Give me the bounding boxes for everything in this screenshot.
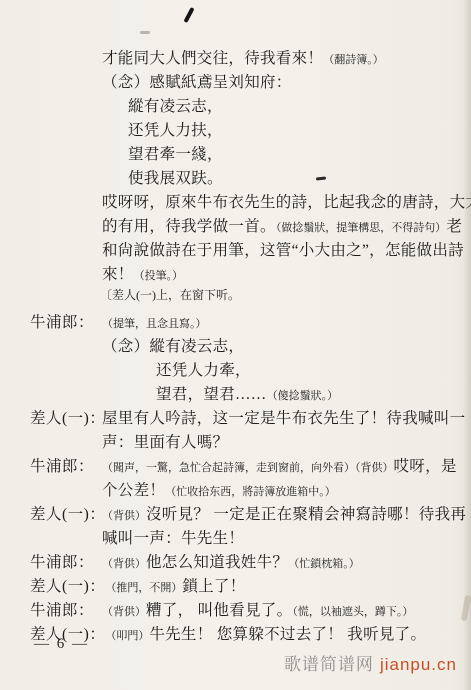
script-line: 喊叫一声：牛先生！ [30, 526, 463, 550]
stage-direction: （翻詩簿。） [323, 54, 384, 66]
speaker-name: 牛浦郎： [30, 598, 102, 620]
line-text: 縱有凌云志， [128, 94, 223, 116]
line-text: 还凭人力牽， [156, 358, 251, 380]
line-text: 还凭人力扶， [128, 118, 223, 140]
dialogue-text: 哎呀呀，原來牛布衣先生的詩，比起我念的唐詩，大大 [102, 194, 471, 211]
script-line: 个公差！（忙收拾东西，將詩簿放進箱中。） [30, 478, 463, 502]
line-text: 哎呀呀，原來牛布衣先生的詩，比起我念的唐詩，大大 [102, 190, 471, 212]
dialogue-text: 牛先生！ 您算躱不过去了！ 我听見了。 [149, 626, 426, 643]
dialogue-text: 鎖上了！ [182, 578, 245, 595]
dialogue-text: 的有用，待我学做一首。 [102, 218, 276, 235]
stage-direction: （投筆。） [134, 270, 184, 282]
script-line: 牛浦郎：（聞声，一驚，急忙合起詩簿，走到窗前，向外看）（背供）哎呀，是 [30, 454, 463, 478]
line-text: （背供）他怎么知道我姓牛？（忙鎖枕箱。） [102, 550, 360, 572]
dialogue-text: 使我展双趺。 [128, 170, 223, 187]
stage-direction: （背供） [102, 606, 146, 618]
dialogue-text: 个公差！ [102, 482, 165, 499]
dialogue-text: 屋里有人吟詩，这一定是牛布衣先生了！待我喊叫一 [102, 410, 465, 427]
script-line: 差人(一)：屋里有人吟詩，这一定是牛布衣先生了！待我喊叫一 [30, 406, 463, 430]
speaker-name: 差人(一)： [30, 406, 102, 428]
stage-direction: （聞声，一驚，急忙合起詩簿，走到窗前，向外看） [102, 462, 355, 474]
stage-direction: 〔差人(一)上，在窗下听。 [100, 288, 240, 302]
line-text: （背供）沒听見？ 一定是正在聚精会神寫詩哪！待我再 [102, 502, 466, 524]
stage-direction: （傻捻鬚狀。） [267, 390, 339, 402]
stage-direction: （背供） [102, 558, 146, 570]
watermark-site-url: jianpu.cn [380, 655, 457, 674]
script-line: 才能同大人們交往，待我看來！（翻詩簿。） [30, 46, 463, 70]
dialogue-text: 哎呀，是 [394, 458, 457, 475]
line-text: （聞声，一驚，急忙合起詩簿，走到窗前，向外看）（背供）哎呀，是 [102, 454, 457, 476]
script-line: 使我展双趺。 [30, 166, 463, 190]
line-text: （背供）糟了， 叫他看見了。（慌，以袖遮头，蹲下。） [102, 598, 413, 620]
script-line: 牛浦郎：（背供）他怎么知道我姓牛？（忙鎖枕箱。） [30, 550, 463, 574]
script-line: 和尙說做詩在于用筆，这管“小大由之”，怎能做出詩 [30, 238, 463, 262]
speaker-name: 牛浦郎： [30, 550, 102, 572]
line-text: （叩門）牛先生！ 您算躱不过去了！ 我听見了。 [105, 622, 426, 644]
line-text: 望君，望君……（傻捻鬚狀。） [156, 382, 338, 404]
speaker-name: 牛浦郎： [30, 454, 102, 476]
stage-direction: （背供） [355, 462, 394, 474]
script-line: 牛浦郎：（提筆，且念且寫。） [30, 310, 463, 334]
script-line: 牛浦郎：（背供）糟了， 叫他看見了。（慌，以袖遮头，蹲下。） [30, 598, 463, 622]
watermark: 歌谱简谱网jianpu.cn [284, 650, 457, 675]
line-text: 望君牽一綫， [128, 142, 223, 164]
dialogue-text: （念）縱有凌云志， [102, 338, 244, 355]
line-text: 〔差人(一)上，在窗下听。 [100, 286, 240, 303]
stage-direction: （慌，以袖遮头，蹲下。） [292, 606, 413, 618]
line-text: （念）感賦紙鳶呈刘知府： [102, 70, 292, 92]
script-line: 〔差人(一)上，在窗下听。 [30, 286, 463, 310]
script-line: （念）縱有凌云志， [30, 334, 463, 358]
stage-direction: （提筆，且念且寫。） [102, 318, 207, 330]
dialogue-text: 望君牽一綫， [128, 146, 223, 163]
line-text: 屋里有人吟詩，这一定是牛布衣先生了！待我喊叫一 [102, 406, 465, 428]
stage-direction: （做捻鬚狀，提筆構思，不得詩句） [276, 222, 447, 234]
line-text: 喊叫一声：牛先生！ [102, 526, 244, 548]
line-text: 个公差！（忙收拾东西，將詩簿放進箱中。） [102, 478, 336, 500]
faint-speck-mark [140, 31, 150, 34]
line-text: （念）縱有凌云志， [102, 334, 244, 356]
script-line: （念）感賦紙鳶呈刘知府： [30, 70, 463, 94]
dialogue-text: 糟了， 叫他看見了。 [146, 602, 292, 619]
watermark-site-name: 歌谱简谱网 [284, 655, 374, 674]
dialogue-text: 还凭人力扶， [128, 122, 223, 139]
stage-direction: （推門，不開） [105, 582, 182, 594]
line-text: （推門，不開）鎖上了！ [105, 574, 245, 596]
script-line: 差人(一)：（推門，不開）鎖上了！ [30, 574, 463, 598]
dialogue-text: 他怎么知道我姓牛？ [146, 554, 288, 571]
dialogue-text: 老 [446, 218, 462, 235]
dialogue-text: 沒听見？ 一定是正在聚精会神寫詩哪！待我再 [146, 506, 466, 523]
page-edge-shadow [463, 0, 471, 690]
script-line: 差人(一)：（叩門）牛先生！ 您算躱不过去了！ 我听見了。 [30, 622, 463, 646]
script-line: 望君，望君……（傻捻鬚狀。） [30, 382, 463, 406]
script-line: 还凭人力牽， [30, 358, 463, 382]
stage-direction: （背供） [102, 510, 146, 522]
dialogue-text: 望君，望君…… [156, 386, 267, 403]
line-text: 和尙說做詩在于用筆，这管“小大由之”，怎能做出詩 [102, 238, 464, 260]
line-text: 声：里面有人嗎？ [102, 430, 228, 452]
dialogue-text: （念）感賦紙鳶呈刘知府： [102, 74, 292, 91]
page-number: — 6 — [34, 636, 89, 653]
stage-direction: （忙鎖枕箱。） [288, 558, 360, 570]
speaker-name: 差人(一)： [30, 502, 102, 524]
dialogue-text: 声：里面有人嗎？ [102, 434, 228, 451]
speaker-name: 牛浦郎： [30, 310, 102, 332]
line-text: 才能同大人們交往，待我看來！（翻詩簿。） [102, 46, 384, 68]
dialogue-text: 还凭人力牽， [156, 362, 251, 379]
line-text: 的有用，待我学做一首。（做捻鬚狀，提筆構思，不得詩句）老 [102, 214, 462, 236]
script-body: 才能同大人們交往，待我看來！（翻詩簿。）（念）感賦紙鳶呈刘知府：縱有凌云志，还凭… [0, 0, 471, 646]
script-line: 的有用，待我学做一首。（做捻鬚狀，提筆構思，不得詩句）老 [30, 214, 463, 238]
dialogue-text: 和尙說做詩在于用筆，这管“小大由之”，怎能做出詩 [102, 242, 464, 259]
line-text: 使我展双趺。 [128, 166, 223, 188]
stage-direction: （忙收拾东西，將詩簿放進箱中。） [165, 486, 336, 498]
line-text: （提筆，且念且寫。） [102, 314, 207, 332]
script-line: 望君牽一綫， [30, 142, 463, 166]
script-line: 來！（投筆。） [30, 262, 463, 286]
line-text: 來！（投筆。） [102, 262, 183, 284]
stage-direction: （叩門） [105, 630, 149, 642]
script-line: 縱有凌云志， [30, 94, 463, 118]
script-line: 声：里面有人嗎？ [30, 430, 463, 454]
script-line: 差人(一)：（背供）沒听見？ 一定是正在聚精会神寫詩哪！待我再 [30, 502, 463, 526]
speaker-name: 差人(一)： [30, 574, 105, 596]
script-line: 哎呀呀，原來牛布衣先生的詩，比起我念的唐詩，大大 [30, 190, 463, 214]
dialogue-text: 縱有凌云志， [128, 98, 223, 115]
dialogue-text: 喊叫一声：牛先生！ [102, 530, 244, 547]
dialogue-text: 才能同大人們交往，待我看來！ [102, 50, 323, 67]
script-line: 还凭人力扶， [30, 118, 463, 142]
script-page: 才能同大人們交往，待我看來！（翻詩簿。）（念）感賦紙鳶呈刘知府：縱有凌云志，还凭… [0, 0, 471, 690]
dialogue-text: 來！ [102, 266, 134, 283]
